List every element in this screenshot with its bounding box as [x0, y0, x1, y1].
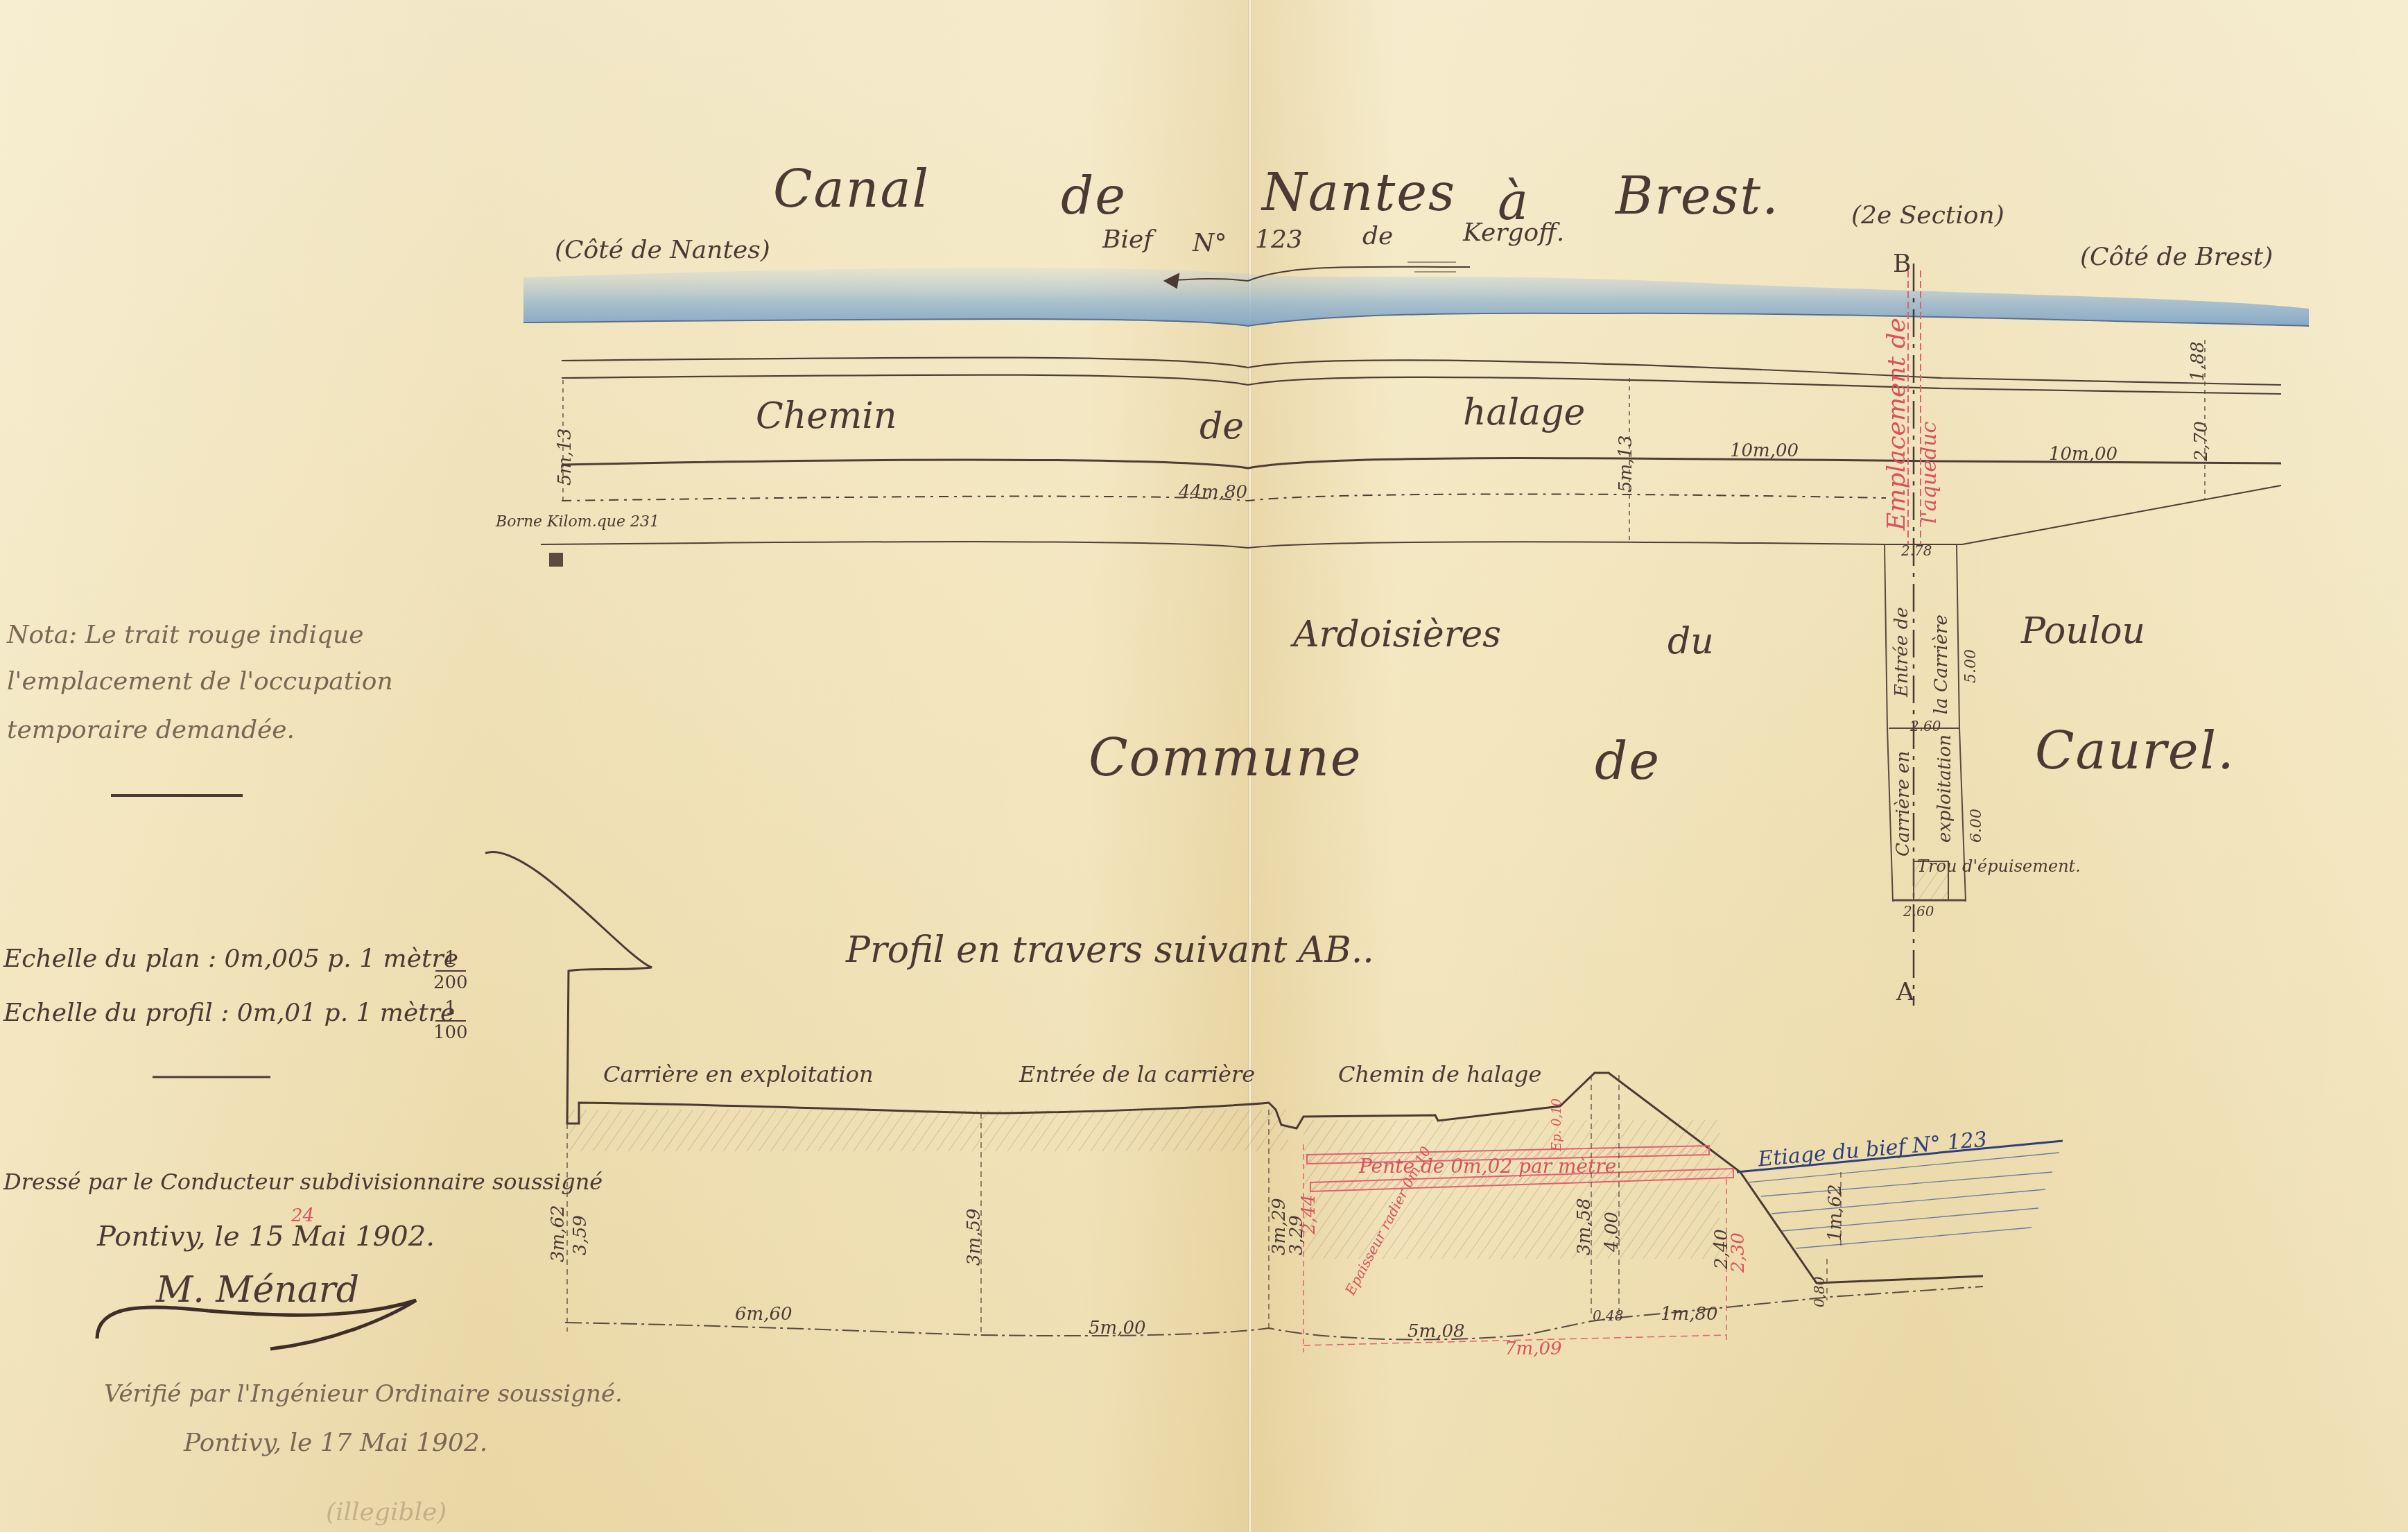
- dim-seg1: 10m,00: [1730, 440, 1799, 461]
- baseline-dim: 5m,08: [1407, 1321, 1465, 1342]
- scale-plan-fraction: 1 200: [433, 949, 468, 992]
- strip-label: exploitation: [1934, 734, 1955, 843]
- section-point-b: B: [1893, 250, 1911, 278]
- towpath-word: de: [1199, 406, 1244, 447]
- title-word: Brest.: [1616, 166, 1780, 226]
- dim-right-top: 1,88: [2188, 341, 2208, 381]
- dim-bottom-width: 2.60: [1903, 903, 1934, 920]
- fraction-denominator: 200: [433, 973, 468, 993]
- profile-label-entry: Entrée de la carrière: [1019, 1061, 1255, 1087]
- height-label: 3,59: [570, 1215, 591, 1255]
- height-label: 3m,58: [1574, 1198, 1595, 1255]
- scale-profile: Echelle du profil : 0m,01 p. 1 mètre: [3, 999, 455, 1027]
- strip-label: Entrée de: [1891, 607, 1912, 697]
- baseline-dim: 5m,00: [1089, 1318, 1146, 1339]
- nota-line: l'emplacement de l'occupation: [7, 667, 393, 696]
- red-side-label: Ep. 0,10: [1550, 1099, 1564, 1151]
- baseline-dim: 0.48: [1593, 1307, 1624, 1324]
- title-word: Nantes: [1262, 163, 1456, 223]
- commune-word: Commune: [1089, 728, 1362, 788]
- profile-title: Profil en travers suivant AB..: [846, 929, 1374, 971]
- baseline-dim: 6m,60: [735, 1304, 792, 1325]
- side-left-label: (Côté de Nantes): [555, 236, 770, 264]
- quarry-word: Ardoisières: [1293, 614, 1501, 655]
- bottom-label: 0,80: [1811, 1276, 1828, 1307]
- baseline-dim: 1m,80: [1661, 1304, 1718, 1325]
- height-label: 3m,62: [548, 1205, 569, 1262]
- bief-word: Bief: [1102, 225, 1153, 254]
- drawn-place-date: Pontivy, le 15 Mai 1902.: [97, 1221, 435, 1253]
- nota-line: temporaire demandée.: [7, 716, 295, 744]
- dim-right-mid: 2,70: [2191, 421, 2212, 461]
- canal-water: [523, 268, 2309, 326]
- drawn-signature: M. Ménard: [156, 1269, 359, 1311]
- towpath-word: halage: [1463, 392, 1585, 433]
- title-word: de: [1061, 166, 1127, 226]
- red-aqueduct-label: l'aqueduc: [1917, 422, 1941, 524]
- fraction-numerator: 1: [445, 949, 457, 969]
- bief-word: de: [1362, 222, 1393, 250]
- height-label-red: 2,44: [1299, 1194, 1319, 1234]
- towpath-word: Chemin: [756, 395, 896, 437]
- date-correction: 24: [291, 1205, 314, 1226]
- dim-entry-width: 2.78: [1901, 542, 1932, 559]
- side-right-label: (Côté de Brest): [2080, 243, 2273, 271]
- plan-towpath-lines: [541, 358, 2281, 548]
- section-point-a: A: [1896, 978, 1914, 1006]
- bief-word: 123: [1255, 225, 1303, 254]
- profile-label-quarry: Carrière en exploitation: [603, 1061, 874, 1087]
- quarry-word: Poulou: [2021, 610, 2145, 652]
- verified-place-date: Pontivy, le 17 Mai 1902.: [184, 1429, 487, 1457]
- dim-mid-width: 2.60: [1910, 718, 1941, 734]
- profile-ground-hatch: [567, 1110, 1288, 1151]
- dim-entry-length: 5.00: [1962, 649, 1980, 683]
- boundary-marker-label: Borne Kilom.que 231: [496, 513, 659, 531]
- commune-word: Caurel.: [2035, 721, 2235, 781]
- height-label-red: 2,30: [1728, 1232, 1749, 1273]
- dim-left-width: 5m,13: [555, 428, 575, 485]
- dim-seg2: 10m,00: [2049, 444, 2117, 465]
- bief-word: N°: [1193, 229, 1227, 257]
- nota-line: Nota: Le trait rouge indique: [7, 621, 364, 649]
- red-aqueduct-label: Emplacement de: [1882, 318, 1911, 531]
- water-depth-label: 1m,62: [1825, 1184, 1846, 1241]
- dim-distance: 44m,80: [1179, 482, 1247, 503]
- scale-profile-fraction: 1 100: [433, 999, 468, 1042]
- boundary-marker-icon: [549, 553, 563, 567]
- fraction-numerator: 1: [445, 999, 457, 1019]
- dim-center-width: 5m,13: [1616, 435, 1636, 492]
- drawn-by: Dressé par le Conducteur subdivisionnair…: [3, 1169, 603, 1195]
- section-label: (2e Section): [1851, 201, 2004, 230]
- baseline-dim-red: 7m,09: [1505, 1339, 1562, 1359]
- verified-signature: (illegible): [326, 1498, 447, 1526]
- fraction-denominator: 100: [433, 1023, 468, 1043]
- bief-word: Kergoff.: [1463, 218, 1564, 247]
- strip-label: Carrière en: [1893, 751, 1914, 857]
- red-slope-label: Pente de 0m,02 par mètre: [1359, 1155, 1616, 1178]
- profile-label-towpath: Chemin de halage: [1338, 1061, 1541, 1087]
- commune-word: de: [1595, 732, 1661, 791]
- dim-quarry-length: 6.00: [1968, 809, 1985, 843]
- verified-by: Vérifié par l'Ingénieur Ordinaire soussi…: [104, 1380, 623, 1408]
- plan-dimension-lines: [563, 340, 2205, 544]
- height-label: 3m,59: [964, 1208, 985, 1266]
- title-word: Canal: [773, 160, 930, 219]
- quarry-word: du: [1668, 621, 1714, 662]
- strip-label: la Carrière: [1931, 614, 1952, 714]
- scale-plan: Echelle du plan : 0m,005 p. 1 mètre: [3, 945, 458, 973]
- height-label: 4,00: [1602, 1212, 1622, 1252]
- sump-label: Trou d'épuisement.: [1917, 857, 2081, 876]
